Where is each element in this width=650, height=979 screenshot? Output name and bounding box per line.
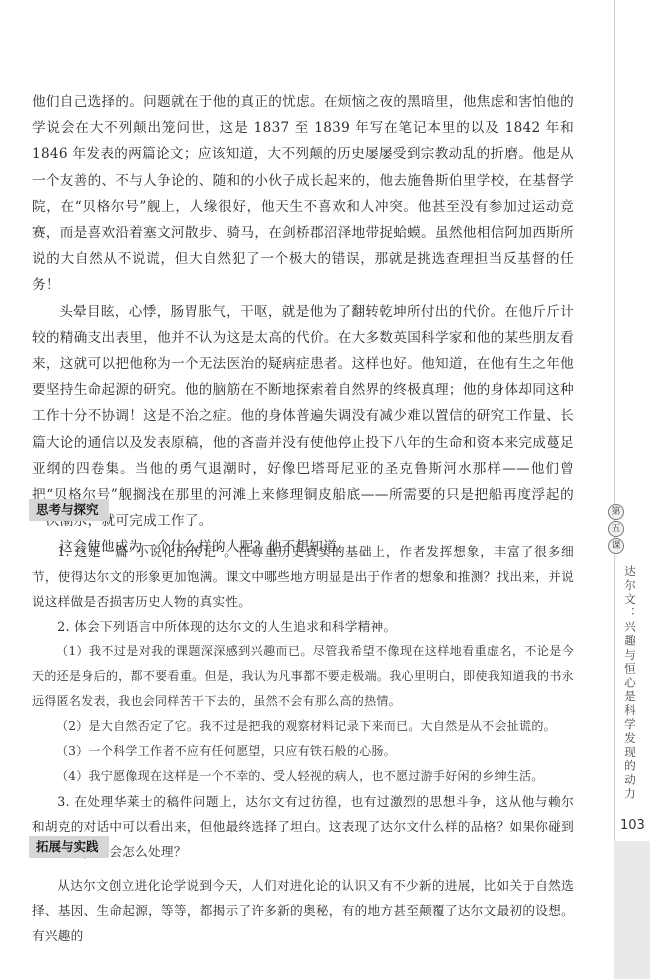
lesson-badge-icon: 课	[608, 538, 624, 554]
extend-paragraph: 从达尔文创立进化论学说到今天，人们对进化论的认识又有不少新的进展，比如关于自然选…	[32, 873, 574, 948]
quote-2: （2）是大自然否定了它。我不过是把我的观察材料记录下来而已。大自然是从不会扯谎的…	[32, 714, 574, 739]
main-text: 他们自己选择的。问题就在于他的真正的忧虑。在烦恼之夜的黑暗里，他焦虑和害怕他的学…	[32, 89, 574, 561]
quote-1: （1）我不过是对我的课题深深感到兴趣而已。尽管我希望不像现在这样地看重虚名，不论…	[32, 639, 574, 714]
extend-practice-text: 从达尔文创立进化论学说到今天，人们对进化论的认识又有不少新的进展，比如关于自然选…	[32, 873, 574, 948]
paragraph-1: 他们自己选择的。问题就在于他的真正的忧虑。在烦恼之夜的黑暗里，他焦虑和害怕他的学…	[32, 89, 574, 299]
question-2: 2. 体会下列语言中所体现的达尔文的人生追求和科学精神。	[32, 614, 574, 639]
lesson-badge-icon: 五	[608, 521, 624, 537]
page-edge-tab	[614, 841, 650, 979]
quote-4: （4）我宁愿像现在这样是一个不幸的、受人轻视的病人，也不愿过游手好闲的乡绅生活。	[32, 764, 574, 789]
margin-rule	[614, 0, 615, 979]
question-1: 1. 这是一篇“小说化的传记”。在尊重历史真实的基础上，作者发挥想象，丰富了很多…	[32, 539, 574, 614]
section-heading-think-explore: 思考与探究	[29, 499, 109, 521]
quote-3: （3）一个科学工作者不应有任何愿望，只应有铁石般的心肠。	[32, 739, 574, 764]
question-3: 3. 在处理华莱士的稿件问题上，达尔文有过彷徨，也有过激烈的思想斗争，这从他与赖…	[32, 789, 574, 864]
lesson-badge-icon: 第	[608, 504, 624, 520]
lesson-title-vertical: 达尔文：兴趣与恒心是科学发现的动力	[622, 565, 638, 801]
think-explore-questions: 1. 这是一篇“小说化的传记”。在尊重历史真实的基础上，作者发挥想象，丰富了很多…	[32, 539, 574, 864]
paragraph-2: 头晕目眩，心悸，肠胃胀气，干呕，就是他为了翻转乾坤所付出的代价。在他斤斤计较的精…	[32, 299, 574, 535]
textbook-page: 他们自己选择的。问题就在于他的真正的忧虑。在烦恼之夜的黑暗里，他焦虑和害怕他的学…	[0, 0, 650, 979]
page-number: 103	[620, 818, 645, 833]
section-heading-extend-practice: 拓展与实践	[29, 836, 109, 858]
